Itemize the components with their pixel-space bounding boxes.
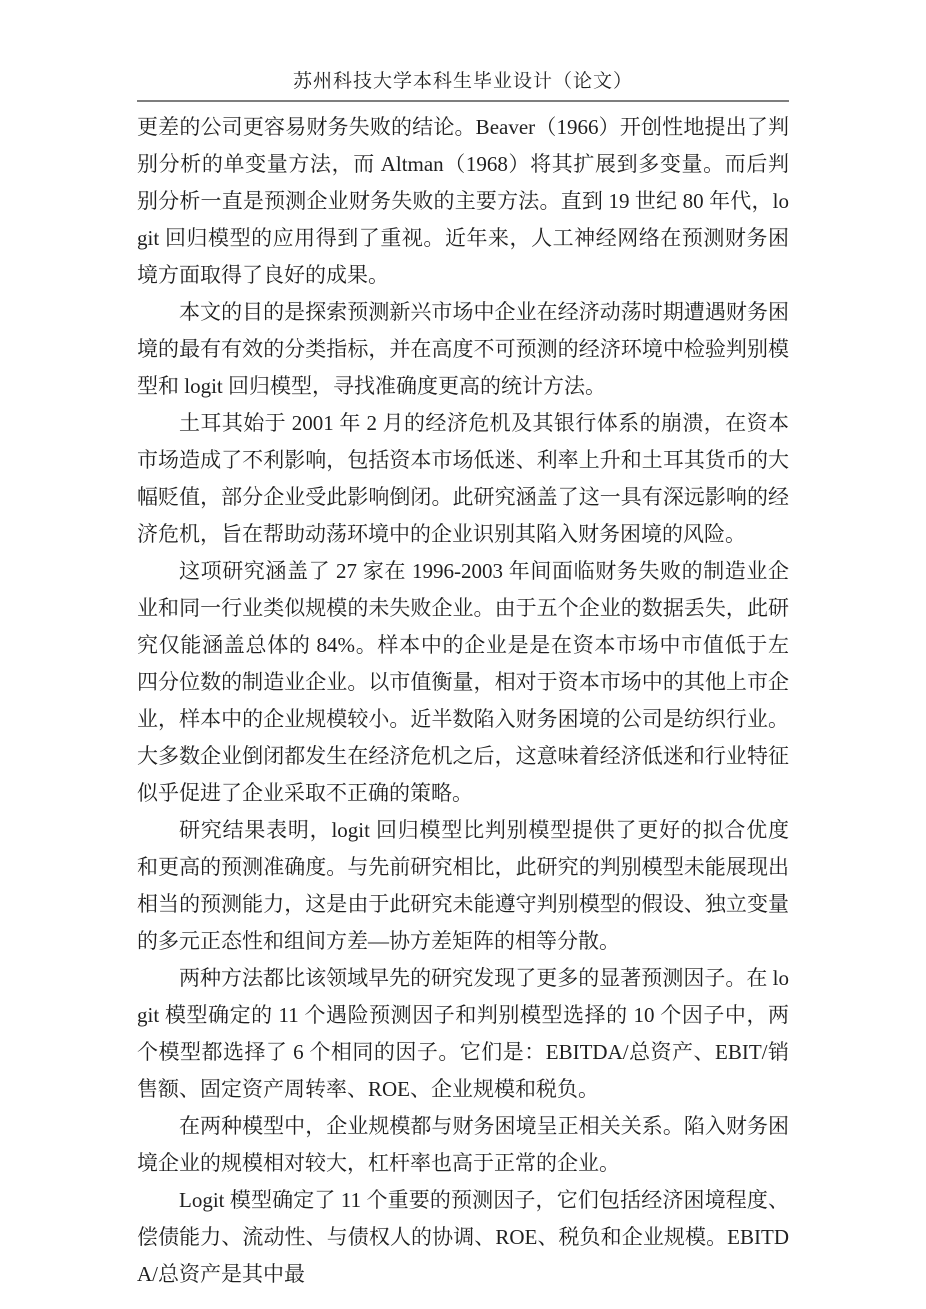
body-paragraph: 土耳其始于 2001 年 2 月的经济危机及其银行体系的崩溃，在资本市场造成了不… [137, 405, 789, 553]
page-body: 更差的公司更容易财务失败的结论。Beaver（1966）开创性地提出了判别分析的… [137, 109, 789, 1293]
body-paragraph: 在两种模型中，企业规模都与财务困境呈正相关关系。陷入财务困境企业的规模相对较大，… [137, 1108, 789, 1182]
page-header: 苏州科技大学本科生毕业设计（论文） [137, 66, 789, 102]
body-paragraph: 更差的公司更容易财务失败的结论。Beaver（1966）开创性地提出了判别分析的… [137, 109, 789, 294]
body-paragraph: 研究结果表明，logit 回归模型比判别模型提供了更好的拟合优度和更高的预测准确… [137, 812, 789, 960]
body-paragraph: Logit 模型确定了 11 个重要的预测因子，它们包括经济困境程度、偿债能力、… [137, 1182, 789, 1293]
thesis-page: 苏州科技大学本科生毕业设计（论文） 更差的公司更容易财务失败的结论。Beaver… [0, 0, 926, 1309]
body-paragraph: 两种方法都比该领域早先的研究发现了更多的显著预测因子。在 logit 模型确定的… [137, 960, 789, 1108]
page-header-title: 苏州科技大学本科生毕业设计（论文） [293, 71, 633, 92]
body-paragraph: 这项研究涵盖了 27 家在 1996-2003 年间面临财务失败的制造业企业和同… [137, 553, 789, 812]
body-paragraph: 本文的目的是探索预测新兴市场中企业在经济动荡时期遭遇财务困境的最有有效的分类指标… [137, 294, 789, 405]
